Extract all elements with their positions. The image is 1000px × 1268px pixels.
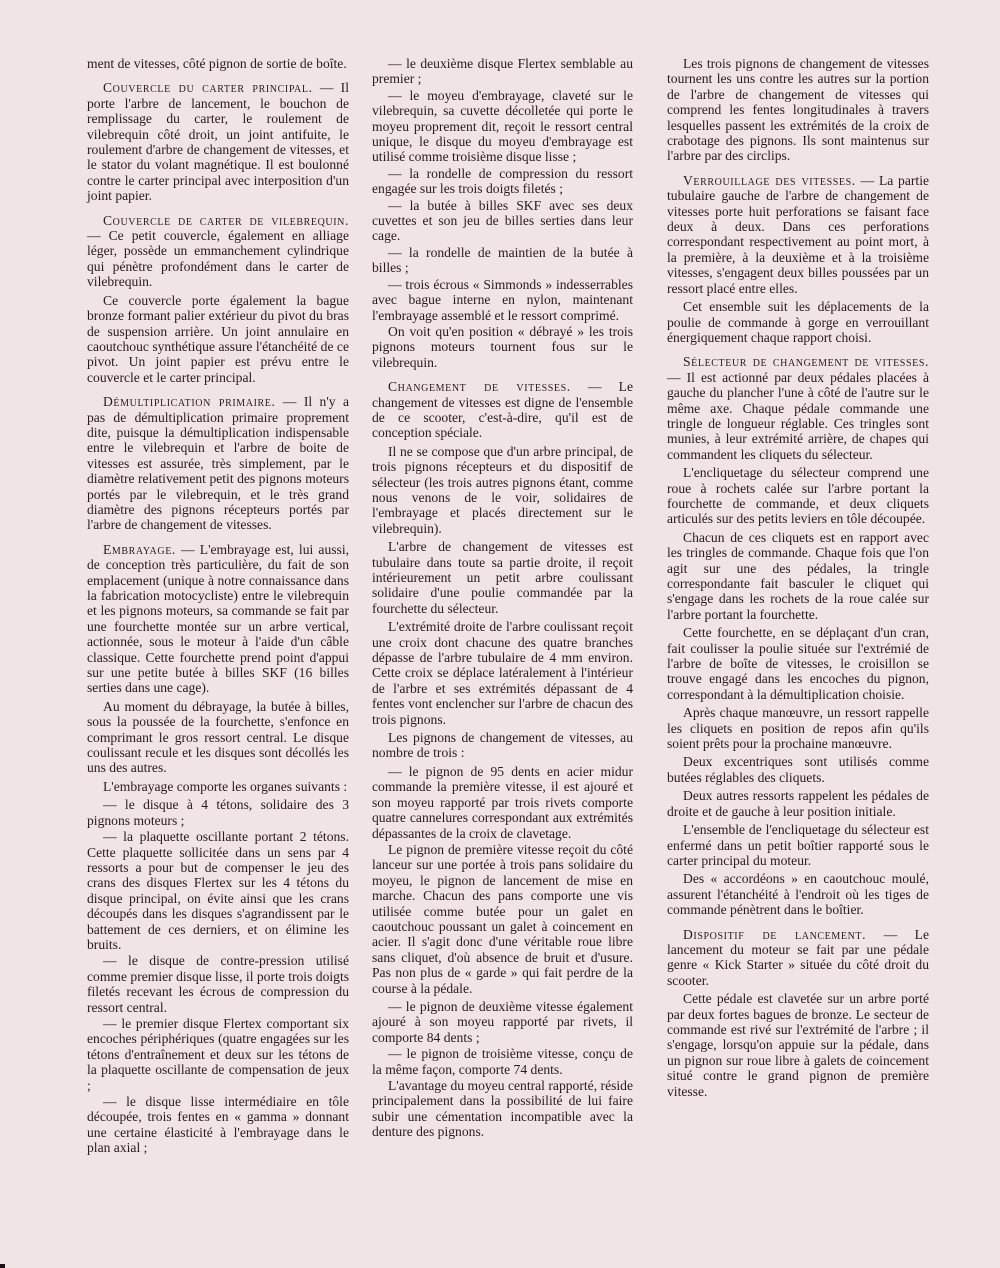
paragraph-text: Après chaque manœuvre, un ressort rappel…: [667, 705, 929, 751]
paragraph-text: — L'embrayage est, lui aussi, de concept…: [87, 542, 349, 696]
list-item-paragraph: — la butée à billes SKF avec ses deux cu…: [372, 198, 633, 244]
paragraph: L'extrémité droite de l'arbre coulissant…: [372, 619, 633, 727]
paragraph-text: — le disque lisse intermédiaire en tôle …: [87, 1094, 349, 1155]
list-item-paragraph: — le moyeu d'embrayage, claveté sur le v…: [372, 88, 633, 165]
paragraph-text: Cette fourchette, en se déplaçant d'un c…: [667, 625, 929, 702]
text-column-3: Les trois pignons de changement de vites…: [667, 56, 929, 1102]
paragraph-text: — la rondelle de compression du ressort …: [372, 166, 633, 196]
magazine-page: ment de vitesses, côté pignon de sortie …: [0, 0, 1000, 1268]
paragraph-text: ment de vitesses, côté pignon de sortie …: [87, 56, 347, 71]
section-heading: Verrouillage des vitesses.: [683, 173, 856, 188]
list-item-paragraph: — la rondelle de maintien de la butée à …: [372, 245, 633, 276]
paragraph: Le pignon de première vitesse reçoit du …: [372, 842, 633, 996]
paragraph-text: Deux autres ressorts rappelent les pédal…: [667, 788, 929, 818]
paragraph-text: — le moyeu d'embrayage, claveté sur le v…: [372, 88, 633, 165]
paragraph: Il ne se compose que d'un arbre principa…: [372, 444, 633, 536]
paragraph: Cette fourchette, en se déplaçant d'un c…: [667, 625, 929, 702]
section-paragraph: Changement de vitesses. — Le changement …: [372, 379, 633, 441]
list-item-paragraph: — le premier disque Flertex comportant s…: [87, 1016, 349, 1093]
scan-corner-mark: [0, 1264, 5, 1268]
paragraph-text: — trois écrous « Simmonds » indesserrabl…: [372, 277, 633, 323]
paragraph-text: Ce couvercle porte également la bague br…: [87, 293, 349, 385]
section-heading: Dispositif de lancement.: [683, 927, 866, 942]
list-item-paragraph: — le pignon de deuxième vitesse égalemen…: [372, 999, 633, 1045]
paragraph-text: L'ensemble de l'encliquetage du sélecteu…: [667, 822, 929, 868]
paragraph-text: — la butée à billes SKF avec ses deux cu…: [372, 198, 633, 244]
paragraph-text: — la rondelle de maintien de la butée à …: [372, 245, 633, 275]
paragraph: Deux autres ressorts rappelent les pédal…: [667, 788, 929, 819]
paragraph-text: Il ne se compose que d'un arbre principa…: [372, 444, 633, 536]
section-paragraph: Couvercle du carter principal. — Il port…: [87, 80, 349, 203]
section-paragraph: Dispositif de lancement. — Le lancement …: [667, 927, 929, 989]
paragraph-text: — Il est actionné par deux pédales placé…: [667, 370, 929, 462]
list-item-paragraph: — la plaquette oscillante portant 2 této…: [87, 829, 349, 952]
text-column-1: ment de vitesses, côté pignon de sortie …: [87, 56, 349, 1157]
paragraph: L'embrayage comporte les organes suivant…: [87, 779, 349, 794]
paragraph-text: L'encliquetage du sélecteur comprend une…: [667, 465, 929, 526]
section-heading: Embrayage.: [103, 542, 176, 557]
section-heading: Couvercle de carter de vilebrequin.: [103, 213, 349, 228]
paragraph-text: L'arbre de changement de vitesses est tu…: [372, 539, 633, 616]
paragraph-text: Chacun de ces cliquets est en rapport av…: [667, 530, 929, 622]
paragraph-text: — le pignon de deuxième vitesse égalemen…: [372, 999, 633, 1045]
paragraph-text: — le pignon de 95 dents en acier midur c…: [372, 764, 633, 841]
paragraph-text: — le premier disque Flertex comportant s…: [87, 1016, 349, 1093]
paragraph-text: Deux excentriques sont utilisés comme bu…: [667, 754, 929, 784]
paragraph: Les trois pignons de changement de vites…: [667, 56, 929, 164]
paragraph: On voit qu'en position « débrayé » les t…: [372, 324, 633, 370]
list-item-paragraph: — le pignon de 95 dents en acier midur c…: [372, 764, 633, 841]
section-paragraph: Couvercle de carter de vilebrequin. — Ce…: [87, 213, 349, 290]
paragraph: L'ensemble de l'encliquetage du sélecteu…: [667, 822, 929, 868]
paragraph: Chacun de ces cliquets est en rapport av…: [667, 530, 929, 622]
paragraph-text: — le pignon de troisième vitesse, conçu …: [372, 1046, 633, 1076]
text-column-2: — le deuxième disque Flertex semblable a…: [372, 56, 633, 1143]
paragraph-text: Les pignons de changement de vitesses, a…: [372, 730, 633, 760]
paragraph-text: — le disque de contre-pression utilisé c…: [87, 953, 349, 1014]
section-heading: Changement de vitesses.: [388, 379, 571, 394]
section-heading: Couvercle du carter principal.: [103, 80, 313, 95]
paragraph: Des « accordéons » en caoutchouc moulé, …: [667, 871, 929, 917]
list-item-paragraph: — le deuxième disque Flertex semblable a…: [372, 56, 633, 87]
paragraph: L'avantage du moyeu central rapporté, ré…: [372, 1078, 633, 1140]
paragraph-text: Le pignon de première vitesse reçoit du …: [372, 842, 633, 996]
list-item-paragraph: — trois écrous « Simmonds » indesserrabl…: [372, 277, 633, 323]
paragraph: L'encliquetage du sélecteur comprend une…: [667, 465, 929, 527]
paragraph: Au moment du débrayage, la butée à bille…: [87, 699, 349, 776]
list-item-paragraph: — le pignon de troisième vitesse, conçu …: [372, 1046, 633, 1077]
list-item-paragraph: — la rondelle de compression du ressort …: [372, 166, 633, 197]
paragraph-text: — le deuxième disque Flertex semblable a…: [372, 56, 633, 86]
section-paragraph: Sélecteur de changement de vitesses. — I…: [667, 354, 929, 462]
paragraph-text: — La partie tubulaire gauche de l'arbre …: [667, 173, 929, 296]
section-heading: Démultiplication primaire.: [103, 394, 276, 409]
section-paragraph: Verrouillage des vitesses. — La partie t…: [667, 173, 929, 296]
paragraph: Deux excentriques sont utilisés comme bu…: [667, 754, 929, 785]
paragraph-text: Au moment du débrayage, la butée à bille…: [87, 699, 349, 776]
list-item-paragraph: — le disque à 4 tétons, solidaire des 3 …: [87, 797, 349, 828]
paragraph-text: — Ce petit couvercle, également en allia…: [87, 228, 349, 289]
paragraph: Les pignons de changement de vitesses, a…: [372, 730, 633, 761]
paragraph-text: Les trois pignons de changement de vites…: [667, 56, 929, 163]
paragraph-text: — la plaquette oscillante portant 2 této…: [87, 829, 349, 952]
paragraph: Après chaque manœuvre, un ressort rappel…: [667, 705, 929, 751]
paragraph: L'arbre de changement de vitesses est tu…: [372, 539, 633, 616]
section-paragraph: Démultiplication primaire. — Il n'y a pa…: [87, 394, 349, 533]
paragraph: Cette pédale est clavetée sur un arbre p…: [667, 991, 929, 1099]
paragraph-text: — Il porte l'arbre de lancement, le bouc…: [87, 80, 349, 203]
list-item-paragraph: — le disque de contre-pression utilisé c…: [87, 953, 349, 1015]
paragraph-text: Des « accordéons » en caoutchouc moulé, …: [667, 871, 929, 917]
section-heading: Sélecteur de changement de vitesses.: [683, 354, 929, 369]
paragraph-text: L'avantage du moyeu central rapporté, ré…: [372, 1078, 633, 1139]
paragraph-text: L'embrayage comporte les organes suivant…: [103, 779, 347, 794]
paragraph-text: On voit qu'en position « débrayé » les t…: [372, 324, 633, 370]
paragraph-text: Cette pédale est clavetée sur un arbre p…: [667, 991, 929, 1098]
paragraph-text: L'extrémité droite de l'arbre coulissant…: [372, 619, 633, 726]
paragraph: ment de vitesses, côté pignon de sortie …: [87, 56, 349, 71]
list-item-paragraph: — le disque lisse intermédiaire en tôle …: [87, 1094, 349, 1156]
paragraph: Ce couvercle porte également la bague br…: [87, 293, 349, 385]
paragraph-text: — le disque à 4 tétons, solidaire des 3 …: [87, 797, 349, 827]
paragraph-text: Cet ensemble suit les déplacements de la…: [667, 299, 929, 345]
paragraph: Cet ensemble suit les déplacements de la…: [667, 299, 929, 345]
paragraph-text: — Il n'y a pas de démultiplication prima…: [87, 394, 349, 532]
section-paragraph: Embrayage. — L'embrayage est, lui aussi,…: [87, 542, 349, 696]
